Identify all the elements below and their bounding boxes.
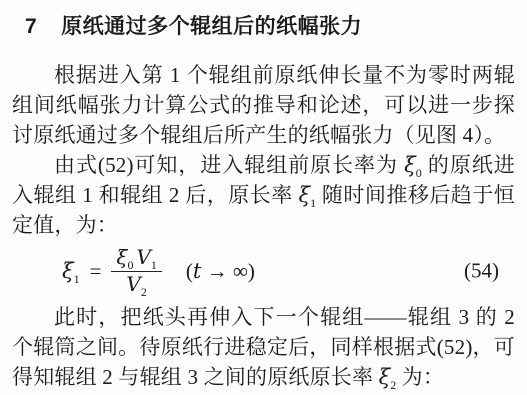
paragraph-2: 由式(52)可知，进入辊组前原长率为 ξ0 的原纸进入辊组 1 和辊组 2 后，… <box>12 150 515 240</box>
section-heading: 7原纸通过多个辊组后的纸幅张力 <box>25 14 515 39</box>
document-page: 7原纸通过多个辊组后的纸幅张力 根据进入第 1 个辊组前原纸伸长量不为零时两辊组… <box>0 0 527 395</box>
xi2-variable: ξ2 <box>379 365 397 389</box>
xi1-variable: ξ1 <box>299 183 317 207</box>
equation-lhs: ξ1 <box>62 259 80 284</box>
p3-text-2: 为： <box>396 365 444 389</box>
fraction-denominator: V2 <box>126 272 146 297</box>
section-number: 7 <box>25 14 37 39</box>
paragraph-1: 根据进入第 1 个辊组前原纸伸长量不为零时两辊组间纸幅张力计算公式的推导和论述，… <box>12 60 515 150</box>
equation-number: (54) <box>464 259 499 284</box>
limit-condition: (t → ∞) <box>186 259 255 284</box>
paragraph-3: 此时，把纸头再伸入下一个辊组——辊组 3 的 2 个辊筒之间。待原纸行进稳定后，… <box>12 302 515 392</box>
xi0-variable: ξ0 <box>404 153 422 177</box>
p2-text-1: 由式(52)可知，进入辊组前原长率为 <box>54 153 404 177</box>
fraction: ξ0V1 V2 <box>111 246 161 297</box>
fraction-numerator: ξ0V1 <box>111 246 161 272</box>
equation-54: ξ1 = ξ0V1 V2 (t → ∞) (54) <box>62 240 515 302</box>
equals-sign: = <box>90 259 102 284</box>
section-title: 原纸通过多个辊组后的纸幅张力 <box>61 15 362 38</box>
